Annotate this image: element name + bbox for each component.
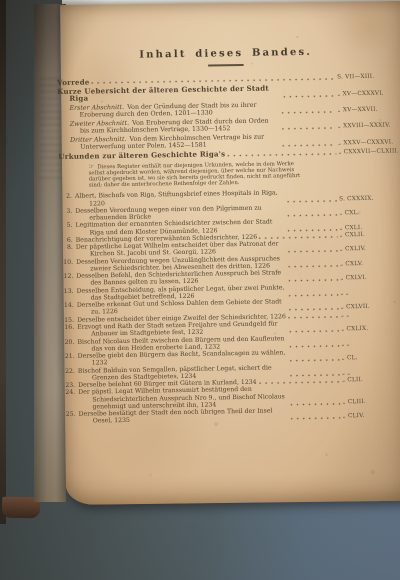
register-note: ☞Dieses Register enthält nur diejenigen …	[88, 160, 308, 189]
document-number: 13.	[61, 288, 74, 302]
dot-leader	[290, 402, 340, 406]
toc-entry-label: Kurze Uebersicht der älteren Geschichte …	[57, 83, 269, 103]
dot-leader	[288, 315, 339, 319]
dot-leader	[227, 152, 336, 157]
page-number: „ XV—XXVII.	[338, 107, 396, 115]
page-number: „ XV—CXXXVI.	[337, 91, 395, 99]
document-number: 2.	[59, 193, 72, 207]
dot-leader	[282, 111, 336, 115]
page-number: „ CXLII.	[340, 231, 398, 239]
document-number: 22.	[62, 367, 75, 381]
page-number: „ CLII.	[342, 377, 400, 385]
page-number: „ „	[341, 289, 399, 297]
page-number: „ CXXXVII—CLXIII.	[338, 149, 396, 157]
document-number: 24.	[62, 389, 75, 410]
page-number: „ CXLVI.	[340, 275, 398, 283]
document-number: 25.	[63, 411, 76, 425]
toc-entry-text: Zweiter Abschnitt.Von Eroberung der Stad…	[70, 117, 280, 135]
toc-entry-text: Erster Abschnitt.Von der Gründung der St…	[69, 101, 279, 119]
document-number: 5.	[59, 222, 72, 236]
dot-leader	[283, 95, 335, 99]
dot-leader	[291, 417, 341, 421]
document-number: 20.	[61, 338, 74, 352]
document-number: 6.	[60, 237, 73, 244]
document-number: 14.	[61, 302, 74, 316]
dot-leader	[288, 250, 338, 254]
dot-leader	[288, 264, 338, 268]
toc-entry-text: Urkunden zur älteren Geschichte Riga's	[58, 151, 225, 161]
page-content: Inhalt dieses Bandes. Vorrede S. VII—XII…	[56, 39, 400, 425]
page-number: „ XXVIII—XXXIV.	[338, 123, 396, 131]
page-number: „ CL.	[342, 355, 400, 363]
dot-leader	[289, 293, 339, 297]
dot-leader	[289, 308, 339, 312]
page-title: Inhalt dieses Bandes.	[57, 45, 395, 62]
title-divider	[208, 64, 244, 66]
page-number: „ XXXV—CXXXVI.	[338, 139, 396, 147]
toc-entry-label: Urkunden zur älteren Geschichte Riga's	[58, 150, 225, 162]
toc-entry-label: Vorrede	[57, 77, 90, 87]
page-number: „ CXLV.	[340, 260, 398, 268]
document-number: 12.	[60, 273, 73, 287]
pointing-hand-icon: ☞	[88, 163, 94, 171]
page-number: „ CXLIV.	[340, 246, 398, 254]
page-number: S. CXXXIX.	[339, 195, 397, 203]
page-number: „ CXLIX.	[341, 326, 399, 334]
toc-entry-text: Dritter Abschnitt.Von dem Kirchholmschen…	[70, 134, 280, 152]
document-number: 8.	[60, 244, 73, 258]
page-number: S. VII—XIII.	[337, 74, 395, 82]
table-of-contents-page: Inhalt dieses Bandes. Vorrede S. VII—XII…	[60, 1, 400, 505]
document-number: 23.	[62, 382, 75, 389]
register-note-text: Dieses Register enthält nur diejenigen U…	[89, 161, 301, 189]
book-photograph: Inhalt dieses Bandes. Vorrede S. VII—XII…	[0, 0, 400, 580]
dot-leader	[287, 199, 337, 203]
page-number: „ „	[341, 340, 399, 348]
dot-leader	[288, 228, 338, 232]
document-number: 21.	[62, 353, 75, 367]
dot-leader	[289, 330, 339, 334]
dot-leader	[282, 127, 336, 131]
page-number: „ CXL.	[339, 210, 397, 218]
book-page-block-edge	[0, 2, 38, 512]
page-number: „ „	[341, 311, 399, 319]
document-title: Der päpstl. Legat Wilhelm transsumirt be…	[78, 386, 288, 411]
document-number: 3.	[59, 208, 72, 222]
document-number: 16.	[61, 324, 74, 338]
dot-leader	[290, 359, 340, 363]
toc-documents: 2. Albert, Bischofs von Riga, Stiftungsb…	[59, 188, 400, 425]
toc-entry-text: Kurze Uebersicht der älteren Geschichte …	[57, 84, 281, 103]
dot-leader	[282, 143, 336, 147]
page-number: „ CLIII.	[342, 398, 400, 406]
document-number: 10.	[60, 259, 73, 273]
dot-leader	[288, 279, 338, 283]
document-number: 15.	[61, 317, 74, 324]
toc-entry-text: Vorrede	[57, 78, 90, 86]
toc-sections: Vorrede S. VII—XIII. Kurze Uebersicht de…	[57, 73, 396, 161]
document-title: Derselbe bestätigt der Stadt den noch üb…	[79, 407, 289, 425]
dot-leader	[290, 373, 340, 377]
page-number: „ CLIV.	[343, 413, 400, 421]
dot-leader	[289, 344, 339, 348]
dot-leader	[287, 214, 337, 218]
paper-stains	[60, 5, 62, 7]
